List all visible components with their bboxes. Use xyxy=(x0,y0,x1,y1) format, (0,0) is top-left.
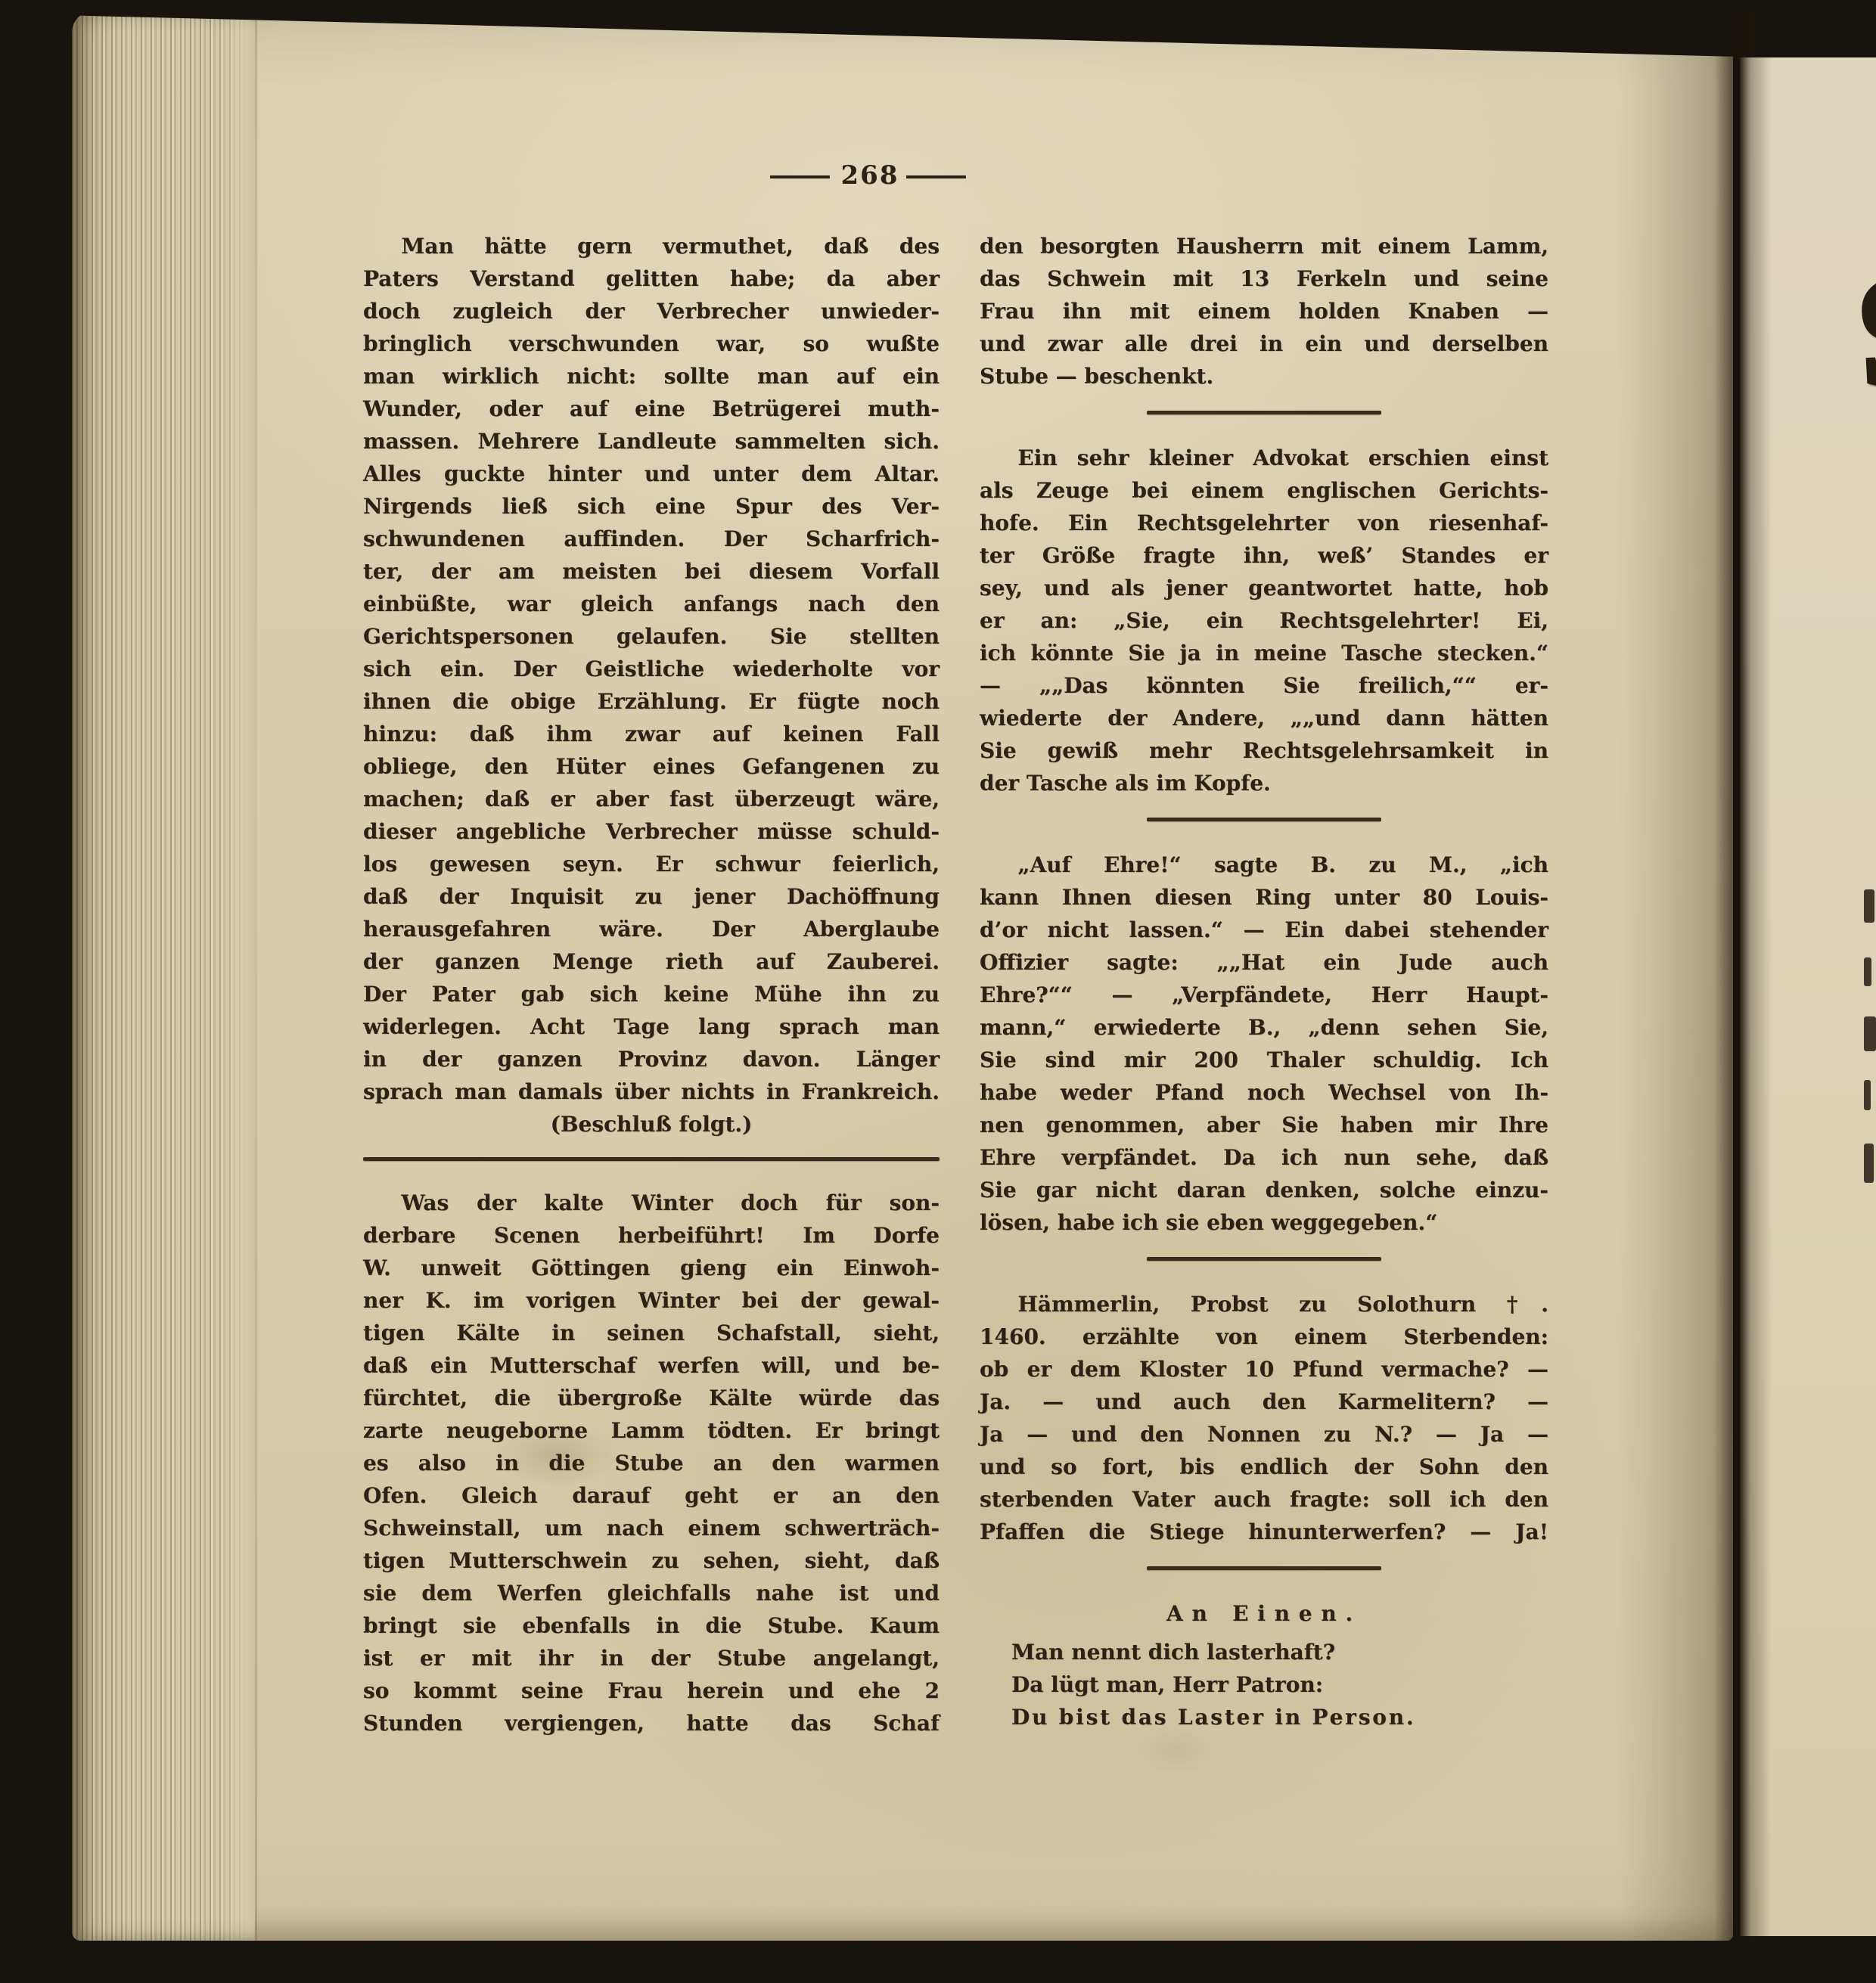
text-column-left: Man hätte gern vermuthet, daß desPaters … xyxy=(363,230,940,1739)
text-line: kann Ihnen diesen Ring unter 80 Louis- xyxy=(980,881,1548,914)
epigram-an-einen: Man nennt dich lasterhaft?Da lügt man, H… xyxy=(980,1636,1548,1733)
text-line: Man hätte gern vermuthet, daß des xyxy=(363,230,940,262)
page-stack-fore-edge xyxy=(72,11,255,1941)
text-line: Stube — beschenkt. xyxy=(980,360,1548,393)
text-line: Schweinstall, um nach einem schwerträch- xyxy=(363,1512,940,1544)
text-line: bringlich verschwunden war, so wußte xyxy=(363,327,940,360)
text-line: tigen Mutterschwein zu sehen, sieht, daß xyxy=(363,1544,940,1577)
section-divider-rule xyxy=(1147,411,1381,414)
text-line: „Auf Ehre!“ sagte B. zu M., „ich xyxy=(980,849,1548,881)
text-line: Nirgends ließ sich eine Spur des Ver- xyxy=(363,490,940,523)
poem-line: Da lügt man, Herr Patron: xyxy=(980,1668,1548,1701)
text-line: Hämmerlin, Probst zu Solothurn †. xyxy=(980,1288,1548,1320)
header-dash-right: — xyxy=(903,160,974,191)
text-line: massen. Mehrere Landleute sammelten sich… xyxy=(363,425,940,458)
text-line: mann,“ erwiederte B., „denn sehen Sie, xyxy=(980,1011,1548,1044)
text-line: Ofen. Gleich darauf geht er an den xyxy=(363,1479,940,1512)
text-line: den besorgten Hausherrn mit einem Lamm, xyxy=(980,230,1548,262)
story-cold-winter: Was der kalte Winter doch für son-derbar… xyxy=(363,1187,940,1739)
text-line: hinzu: daß ihm zwar auf keinen Fall xyxy=(363,718,940,750)
text-line: Ja — und den Nonnen zu N.? — Ja — xyxy=(980,1418,1548,1451)
text-line: Alles guckte hinter und unter dem Altar. xyxy=(363,458,940,490)
text-line: Ehre?““ — „Verpfändete, Herr Haupt- xyxy=(980,979,1548,1011)
text-line: hofe. Ein Rechtsgelehrter von riesenhaf- xyxy=(980,507,1548,539)
text-line: fürchtet, die übergroße Kälte würde das xyxy=(363,1382,940,1414)
text-line: widerlegen. Acht Tage lang sprach man xyxy=(363,1010,940,1043)
text-line: lösen, habe ich sie eben weggegeben.“ xyxy=(980,1206,1548,1239)
text-line: obliege, den Hüter eines Gefangenen zu xyxy=(363,750,940,783)
text-line: bringt sie ebenfalls in die Stube. Kaum xyxy=(363,1609,940,1642)
text-line: Der Pater gab sich keine Mühe ihn zu xyxy=(363,978,940,1010)
text-line: Frau ihn mit einem holden Knaben — xyxy=(980,295,1548,327)
text-line: W. unweit Göttingen gieng ein Einwoh- xyxy=(363,1252,940,1284)
section-divider-rule xyxy=(1147,1257,1381,1261)
text-line: daß ein Mutterschaf werfen will, und be- xyxy=(363,1349,940,1382)
text-line: sich ein. Der Geistliche wiederholte vor xyxy=(363,653,940,685)
text-line: dieser angebliche Verbrecher müsse schul… xyxy=(363,815,940,848)
text-line: Ein sehr kleiner Advokat erschien einst xyxy=(980,442,1548,474)
text-line: Gerichtspersonen gelaufen. Sie stellten xyxy=(363,620,940,653)
adjacent-page-text-fragment xyxy=(1864,1080,1871,1110)
photographed-book-spread: { "colors": { "paper": "#d6cbaa", "ink":… xyxy=(0,0,1876,1983)
text-line: 1460. erzählte von einem Sterbenden: xyxy=(980,1320,1548,1353)
text-line: habe weder Pfand noch Wechsel von Ih- xyxy=(980,1076,1548,1109)
text-line: sie dem Werfen gleichfalls nahe ist und xyxy=(363,1577,940,1609)
text-line: machen; daß er aber fast überzeugt wäre, xyxy=(363,783,940,815)
poem-line: Du bist das Laster in Person. xyxy=(980,1701,1548,1733)
text-line: daß der Inquisit zu jener Dachöffnung xyxy=(363,880,940,913)
text-line: los gewesen seyn. Er schwur feierlich, xyxy=(363,848,940,880)
text-line: herausgefahren wäre. Der Aberglaube xyxy=(363,913,940,945)
text-line: ob er dem Kloster 10 Pfund vermache? — xyxy=(980,1353,1548,1386)
adjacent-page-partial-letter: S xyxy=(1849,245,1876,424)
text-line: sey, und als jener geantwortet hatte, ho… xyxy=(980,572,1548,604)
text-line: nen genommen, aber Sie haben mir Ihre xyxy=(980,1109,1548,1141)
story-cold-winter-end: den besorgten Hausherrn mit einem Lamm,d… xyxy=(980,230,1548,393)
text-line: Offizier sagte: „„Hat ein Jude auch xyxy=(980,946,1548,979)
text-line: ter Größe fragte ihn, weß’ Standes er xyxy=(980,539,1548,572)
section-divider-rule xyxy=(363,1157,940,1161)
section-divider-rule xyxy=(1147,1566,1381,1570)
text-line: Was der kalte Winter doch für son- xyxy=(363,1187,940,1219)
text-line: Pfaffen die Stiege hinunterwerfen? — Ja! xyxy=(980,1516,1548,1548)
text-line: derbare Scenen herbeiführt! Im Dorfe xyxy=(363,1219,940,1252)
text-line: sterbenden Vater auch fragte: soll ich d… xyxy=(980,1483,1548,1516)
text-line: so kommt seine Frau herein und ehe 2 xyxy=(363,1674,940,1707)
text-line: in der ganzen Provinz davon. Länger xyxy=(363,1043,940,1075)
continuation-note: (Beschluß folgt.) xyxy=(363,1108,940,1140)
text-line: der ganzen Menge rieth auf Zauberei. xyxy=(363,945,940,978)
text-line: man wirklich nicht: sollte man auf ein xyxy=(363,360,940,393)
text-line: Ehre verpfändet. Da ich nun sehe, daß xyxy=(980,1141,1548,1174)
text-line: Stunden vergiengen, hatte das Schaf xyxy=(363,1707,940,1739)
text-line: ich könnte Sie ja in meine Tasche stecke… xyxy=(980,637,1548,669)
section-divider-rule xyxy=(1147,818,1381,821)
adjacent-page-text-fragment xyxy=(1864,1016,1876,1051)
text-line: der Tasche als im Kopfe. xyxy=(980,767,1548,799)
text-line: ist er mit ihr in der Stube angelangt, xyxy=(363,1642,940,1674)
text-column-right: den besorgten Hausherrn mit einem Lamm,d… xyxy=(980,230,1548,1733)
adjacent-page-text-fragment xyxy=(1864,957,1871,986)
adjacent-page-strip: S xyxy=(1740,57,1876,1936)
text-line: Paters Verstand gelitten habe; da aber xyxy=(363,262,940,295)
text-line: zarte neugeborne Lamm tödten. Er bringt xyxy=(363,1414,940,1447)
story-ring-honour: „Auf Ehre!“ sagte B. zu M., „ichkann Ihn… xyxy=(980,849,1548,1239)
text-line: Sie gewiß mehr Rechtsgelehrsamkeit in xyxy=(980,734,1548,767)
text-line: Sie gar nicht daran denken, solche einzu… xyxy=(980,1174,1548,1206)
text-line: als Zeuge bei einem englischen Gerichts- xyxy=(980,474,1548,507)
text-line: Sie sind mir 200 Thaler schuldig. Ich xyxy=(980,1044,1548,1076)
text-line: einbüßte, war gleich anfangs nach den xyxy=(363,588,940,620)
text-line: doch zugleich der Verbrecher unwieder- xyxy=(363,295,940,327)
adjacent-page-text-fragment xyxy=(1864,1144,1874,1183)
header-dash-left: — xyxy=(766,160,837,191)
adjacent-page-text-fragment xyxy=(1864,889,1874,923)
text-line: schwundenen auffinden. Der Scharfrich- xyxy=(363,523,940,555)
text-line: das Schwein mit 13 Ferkeln und seine xyxy=(980,262,1548,295)
text-line: und zwar alle drei in ein und derselben xyxy=(980,327,1548,360)
text-line: er an: „Sie, ein Rechtsgelehrter! Ei, xyxy=(980,604,1548,637)
text-line: sprach man damals über nichts in Frankre… xyxy=(363,1075,940,1108)
story-priest-continuation: Man hätte gern vermuthet, daß desPaters … xyxy=(363,230,940,1140)
poem-line: Man nennt dich lasterhaft? xyxy=(980,1636,1548,1668)
text-line: ner K. im vorigen Winter bei der gewal- xyxy=(363,1284,940,1317)
text-line: und so fort, bis endlich der Sohn den xyxy=(980,1451,1548,1483)
page-header: —268— xyxy=(711,160,1029,195)
text-line: d’or nicht lassen.“ — Ein dabei stehende… xyxy=(980,914,1548,946)
page-crease-line xyxy=(255,11,257,1941)
text-line: es also in die Stube an den warmen xyxy=(363,1447,940,1479)
text-line: wiederte der Andere, „„und dann hätten xyxy=(980,702,1548,734)
text-line: Ja. — und auch den Karmelitern? — xyxy=(980,1386,1548,1418)
text-line: ihnen die obige Erzählung. Er fügte noch xyxy=(363,685,940,718)
story-haemmerlin: Hämmerlin, Probst zu Solothurn †.1460. e… xyxy=(980,1288,1548,1548)
poem-title: An Einen. xyxy=(980,1597,1548,1630)
text-line: Wunder, oder auf eine Betrügerei muth- xyxy=(363,393,940,425)
text-line: — „„Das könnten Sie freilich,““ er- xyxy=(980,669,1548,702)
page-number: 268 xyxy=(841,160,899,191)
text-line: tigen Kälte in seinen Schafstall, sieht, xyxy=(363,1317,940,1349)
text-line: ter, der am meisten bei diesem Vorfall xyxy=(363,555,940,588)
story-small-advocate: Ein sehr kleiner Advokat erschien einsta… xyxy=(980,442,1548,799)
